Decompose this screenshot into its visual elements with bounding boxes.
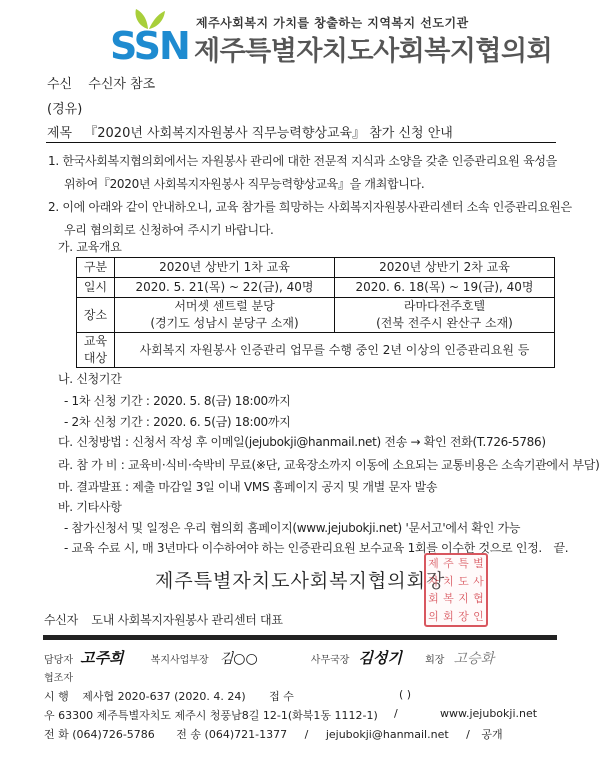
receipt-label: 접 수 [269, 690, 294, 703]
section-na-title: 나. 신청기간 [58, 370, 122, 387]
seal-char: 회 [426, 593, 441, 604]
logo-text: SSN [110, 26, 189, 66]
cooperator-label: 협조자 [44, 669, 73, 684]
table-header-second: 2020년 상반기 2차 교육 [335, 258, 555, 278]
enforcement-row: 시 행 제사협 2020-637 (2020. 4. 24) 접 수 ( ) [44, 688, 564, 704]
second-venue-name: 라마다전주호텔 [335, 298, 554, 315]
section-ba-item-2: - 교육 수료 시, 매 3년마다 이수하여야 하는 인증관리요원 보수교육 1… [64, 539, 568, 556]
paragraph-2-line-2: 우리 협의회로 신청하여 주시기 바랍니다. [64, 221, 274, 238]
contact-row: 전 화 (064)726-5786 전 송 (064)721-1377 / je… [44, 726, 503, 742]
target-value: 사회복지 자원봉사 인증관리 업무를 수행 중인 2년 이상의 인증관리요원 등 [115, 333, 555, 368]
postal-address: 우 63300 제주특별자치도 제주시 청풍남8길 12-1(화북1동 1112… [44, 709, 378, 722]
dept-head-signature: 김○○ [220, 651, 258, 667]
seal-char: 지 [456, 593, 471, 604]
row-label-target-2: 대상 [77, 350, 114, 367]
staff-signature: 고주희 [80, 649, 123, 667]
paragraph-1-line-2: 위하여『2020년 사회복지자원봉사 직무능력향상교육』을 개최합니다. [64, 175, 424, 192]
separator: / [305, 728, 309, 741]
seal-char: 인 [471, 611, 486, 622]
first-venue-name: 서머셋 센트럴 분당 [115, 298, 334, 315]
official-seal: 제 주 특 별 자 치 도 사 회 복 지 협 의 회 장 인 [424, 553, 488, 627]
seal-char: 회 [441, 611, 456, 622]
table-header-category: 구분 [77, 258, 115, 278]
section-na-item-1: - 1차 신청 기간 : 2020. 5. 8(금) 18:00까지 [64, 392, 290, 409]
via: (경유) [47, 98, 82, 117]
table-header-first: 2020년 상반기 1차 교육 [115, 258, 335, 278]
secretary-signature: 김성기 [359, 649, 402, 667]
enforcement-number: 제사협 2020-637 (2020. 4. 24) [82, 690, 245, 703]
receipt-value: ( ) [399, 688, 411, 701]
recipients-label: 수신자 [44, 613, 78, 627]
first-venue-address: (경기도 성남시 분당구 소재) [115, 315, 334, 332]
subject-label: 제목 [47, 126, 72, 141]
paragraph-1-line-1: 1. 한국사회복지협의회에서는 자원봉사 관리에 대한 전문적 지식과 소양을 … [48, 152, 557, 169]
website-link[interactable]: www.jejubokji.net [440, 707, 537, 720]
separator: / [466, 728, 470, 741]
ssn-logo: SSN [110, 8, 190, 63]
section-ba-item-1: - 참가신청서 및 일정은 우리 협의회 홈페이지(www.jejubokji.… [64, 519, 520, 536]
section-ra: 라. 참 가 비 : 교육비·식비·숙박비 무료(※단, 교육장소까지 이동에 … [58, 456, 599, 473]
section-na-item-2: - 2차 신청 기간 : 2020. 6. 5(금) 18:00까지 [64, 413, 290, 430]
seal-char: 장 [456, 611, 471, 622]
disclosure-status: 공개 [481, 728, 502, 741]
address-row: 우 63300 제주특별자치도 제주시 청풍남8길 12-1(화북1동 1112… [44, 707, 564, 723]
seal-char: 별 [471, 558, 486, 569]
first-datetime: 2020. 5. 21(목) ~ 22(금), 40명 [115, 278, 335, 298]
table-header-row: 구분 2020년 상반기 1차 교육 2020년 상반기 2차 교육 [77, 258, 555, 278]
org-title: 제주특별자치도사회복지협의회 [194, 29, 552, 68]
table-row-venue: 장소 서머셋 센트럴 분당 (경기도 성남시 분당구 소재) 라마다전주호텔 (… [77, 298, 555, 333]
section-ba-title: 바. 기타사항 [58, 498, 122, 515]
second-venue: 라마다전주호텔 (전북 전주시 완산구 소재) [335, 298, 555, 333]
seal-char: 자 [426, 576, 441, 587]
paragraph-2-line-1: 2. 이에 아래와 같이 안내하오니, 교육 참가를 희망하는 사회복지자원봉사… [48, 198, 572, 215]
first-venue: 서머셋 센트럴 분당 (경기도 성남시 분당구 소재) [115, 298, 335, 333]
recipient-row: 수신 수신자 참조 [47, 73, 155, 92]
end-mark: 끝. [553, 541, 568, 555]
approval-line: 담당자 고주희 복지사업부장 김○○ 사무국장 김성기 회장 고승화 [44, 647, 494, 668]
seal-char: 치 [441, 576, 456, 587]
section-da: 다. 신청방법 : 신청서 작성 후 이메일(jejubokji@hanmail… [58, 433, 546, 450]
row-label-target: 교육 대상 [77, 333, 115, 368]
separator: / [394, 707, 398, 720]
fax: 전 송 (064)721-1377 [176, 728, 287, 741]
row-label-datetime: 일시 [77, 278, 115, 298]
subject-divider [46, 142, 556, 143]
seal-char: 도 [456, 576, 471, 587]
seal-char: 주 [441, 558, 456, 569]
president-signature: 고승화 [454, 651, 495, 667]
sender-name: 제주특별자치도사회복지협의회장 [155, 566, 445, 593]
section-ga-title: 가. 교육개요 [58, 238, 122, 255]
seal-char: 특 [456, 558, 471, 569]
recipients-row: 수신자 도내 사회복지자원봉사 관리센터 대표 [44, 611, 283, 628]
seal-char: 의 [426, 611, 441, 622]
table-row-target: 교육 대상 사회복지 자원봉사 인증관리 업무를 수행 중인 2년 이상의 인증… [77, 333, 555, 368]
recipients-value: 도내 사회복지자원봉사 관리센터 대표 [91, 613, 282, 627]
second-venue-address: (전북 전주시 완산구 소재) [335, 315, 554, 332]
row-label-venue: 장소 [77, 298, 115, 333]
staff-label: 담당자 [44, 655, 73, 666]
president-label: 회장 [425, 655, 444, 666]
row-label-target-1: 교육 [77, 333, 114, 350]
seal-char: 협 [471, 593, 486, 604]
table-row-datetime: 일시 2020. 5. 21(목) ~ 22(금), 40명 2020. 6. … [77, 278, 555, 298]
subject-row: 제목 『2020년 사회복지자원봉사 직무능력향상교육』 참가 신청 안내 [47, 122, 453, 141]
second-datetime: 2020. 6. 18(목) ~ 19(금), 40명 [335, 278, 555, 298]
footer-divider [43, 635, 557, 640]
phone: 전 화 (064)726-5786 [44, 728, 155, 741]
secretary-label: 사무국장 [311, 655, 350, 666]
recipient-value: 수신자 참조 [88, 77, 155, 92]
seal-char: 제 [426, 558, 441, 569]
subject-value: 『2020년 사회복지자원봉사 직무능력향상교육』 참가 신청 안내 [84, 126, 453, 141]
education-overview-table: 구분 2020년 상반기 1차 교육 2020년 상반기 2차 교육 일시 20… [76, 257, 555, 368]
seal-char: 복 [441, 593, 456, 604]
seal-char: 사 [471, 576, 486, 587]
recipient-label: 수신 [47, 77, 72, 92]
dept-head-label: 복지사업부장 [151, 655, 209, 666]
email-link[interactable]: jejubokji@hanmail.net [326, 728, 449, 741]
section-ma: 마. 결과발표 : 제출 마감일 3일 이내 VMS 홈페이지 공지 및 개별 … [58, 478, 437, 495]
enforcement-label: 시 행 [44, 690, 69, 703]
